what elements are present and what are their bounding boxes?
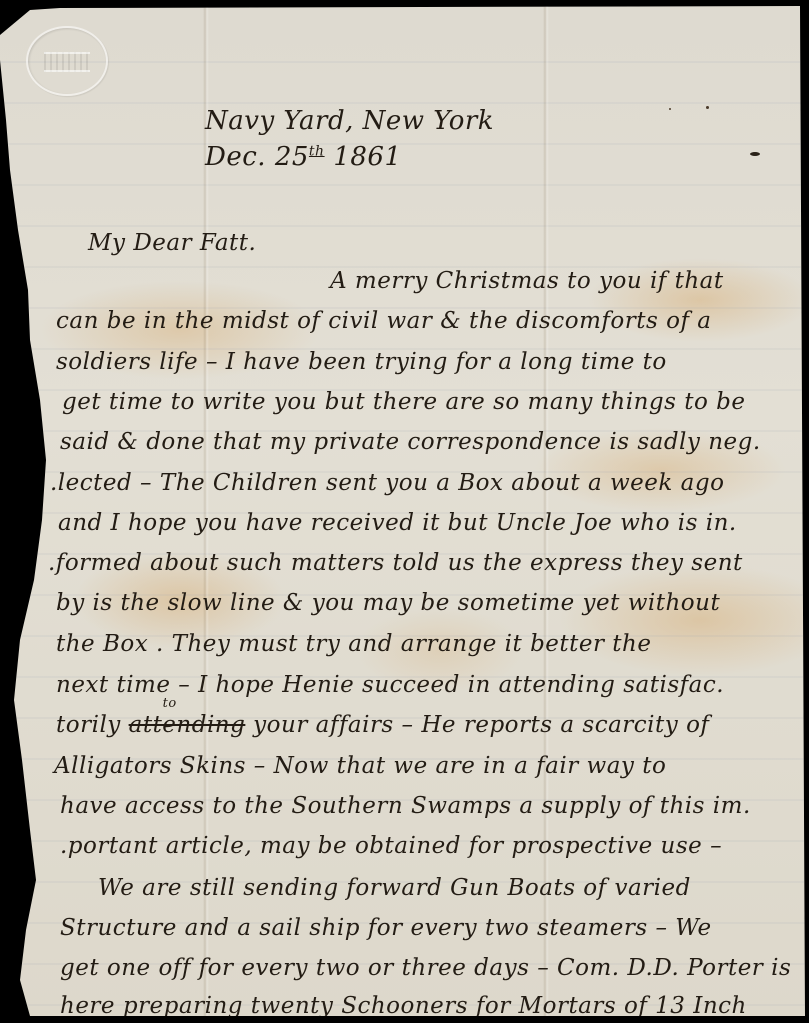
letter-page: Navy Yard, New York Dec. 25th 1861 My De… (0, 0, 809, 1023)
embossed-seal-icon (26, 26, 108, 96)
salutation: My Dear Fatt. (88, 230, 256, 256)
body-line-12: torily attending to your affairs – He re… (56, 712, 709, 738)
line-start-word: torily (56, 712, 121, 738)
body-line-2: can be in the midst of civil war & the d… (56, 308, 711, 334)
date-year: 1861 (333, 142, 401, 172)
body-line-17: Structure and a sail ship for every two … (60, 915, 712, 941)
body-line-3: soldiers life – I have been trying for a… (56, 349, 667, 375)
struck-word: attending (129, 712, 246, 738)
date-suffix: th (309, 143, 325, 159)
body-line-4: get time to write you but there are so m… (62, 389, 746, 415)
body-line-16: We are still sending forward Gun Boats o… (98, 875, 691, 901)
body-line-18: get one off for every two or three days … (60, 955, 791, 981)
date-day: Dec. 25 (205, 142, 309, 172)
body-line-7: and I hope you have received it but Uncl… (58, 510, 737, 536)
body-line-14: have access to the Southern Swamps a sup… (60, 793, 751, 819)
line-end-text: your affairs – He reports a scarcity of (253, 712, 709, 738)
ink-speck (750, 152, 760, 156)
body-line-19: here preparing twenty Schooners for Mort… (60, 993, 747, 1019)
body-line-10: the Box . They must try and arrange it b… (56, 631, 651, 657)
letter-date: Dec. 25th 1861 (205, 142, 402, 172)
body-line-1: A merry Christmas to you if that (330, 268, 724, 294)
ink-speck (706, 106, 709, 109)
body-line-13: Alligators Skins – Now that we are in a … (54, 753, 666, 779)
inserted-word: to (163, 696, 177, 711)
body-line-6: .lected – The Children sent you a Box ab… (50, 470, 724, 496)
ink-speck (669, 108, 671, 110)
body-line-9: by is the slow line & you may be sometim… (56, 590, 720, 616)
body-line-8: .formed about such matters told us the e… (48, 550, 743, 576)
body-line-11: next time – I hope Henie succeed in atte… (56, 672, 724, 698)
seal-building-emblem (44, 52, 90, 72)
body-line-5: said & done that my private corresponden… (60, 429, 761, 455)
body-line-15: .portant article, may be obtained for pr… (60, 833, 722, 859)
letter-place: Navy Yard, New York (205, 106, 494, 136)
